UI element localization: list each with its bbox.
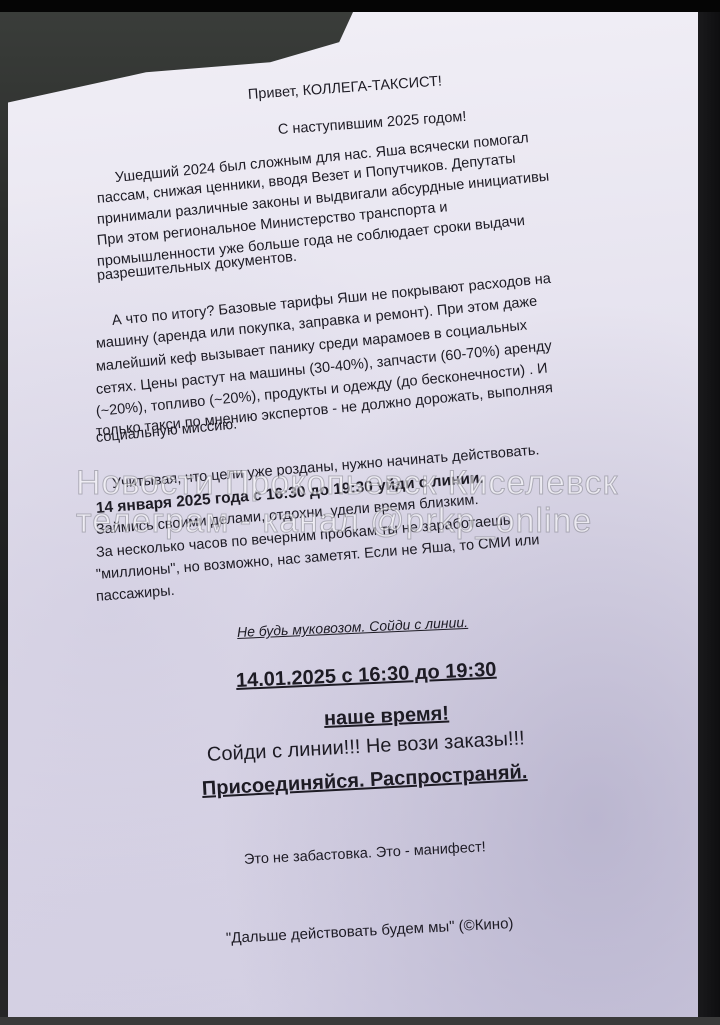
greeting: Привет, КОЛЛЕГА-ТАКСИСТ! (247, 73, 442, 103)
date-time-heading: 14.01.2025 с 16:30 до 19:30 (235, 659, 496, 693)
our-time-heading: наше время! (323, 703, 449, 731)
new-year-line: С наступившим 2025 годом! (277, 109, 466, 138)
manifesto-line: Это не забастовка. Это - манифест! (244, 839, 487, 868)
quote-line: "Дальше действовать будем мы" (©Кино) (226, 915, 514, 947)
paragraph-line: пассажиры. (95, 583, 175, 605)
call-to-action: Сойди с линии!!! Не вози заказы!!! (206, 727, 525, 767)
bottom-bar (0, 1017, 720, 1025)
join-spread-heading: Присоединяйся. Распространяй. (201, 761, 527, 801)
flyer-text: Привет, КОЛЛЕГА-ТАКСИСТ! С наступившим 2… (0, 0, 720, 1025)
slogan: Не будь муковозом. Сойди с линии. (237, 614, 469, 640)
